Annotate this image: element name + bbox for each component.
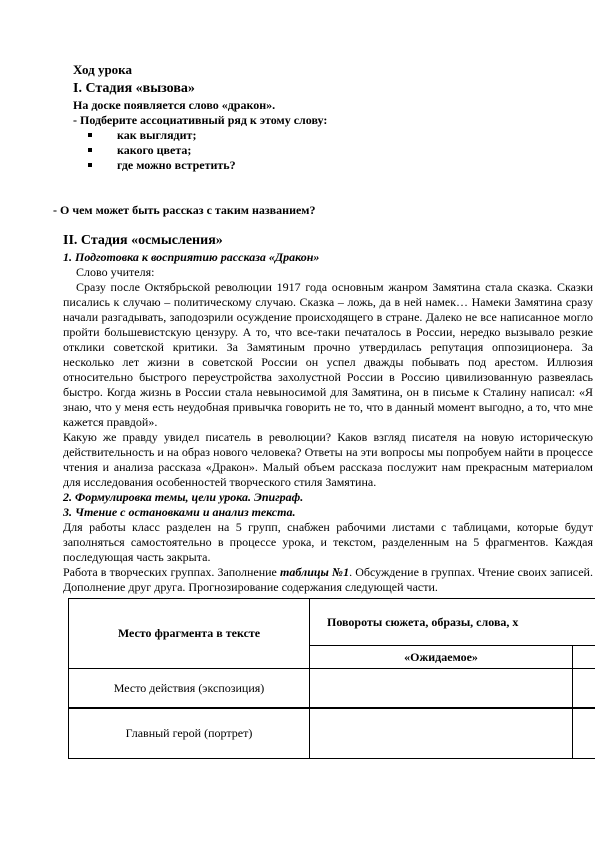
bullet-item: где можно встретить? bbox=[88, 158, 593, 173]
step3-heading: 3. Чтение с остановками и анализ текста. bbox=[63, 505, 593, 520]
board-line: На доске появляется слово «дракон». bbox=[73, 98, 593, 113]
lesson-course-heading: Ход урока bbox=[73, 61, 593, 79]
paragraph-group-setup: Для работы класс разделен на 5 групп, сн… bbox=[63, 520, 593, 565]
bullet-item-label: какого цвета; bbox=[117, 143, 191, 158]
bullet-item: как выглядит; bbox=[88, 128, 593, 143]
square-bullet-icon bbox=[88, 163, 92, 167]
intro-section: Ход урока I. Стадия «вызова» На доске по… bbox=[73, 61, 593, 173]
document-content: Ход урока I. Стадия «вызова» На доске по… bbox=[63, 61, 593, 595]
table-row-label-hero: Главный герой (портрет) bbox=[69, 709, 310, 758]
paragraph-zamyatin-intro: Сразу после Октябрьской революции 1917 г… bbox=[63, 280, 593, 430]
step1-heading: 1. Подготовка к восприятию рассказа «Дра… bbox=[63, 250, 593, 265]
text-segment: Работа в творческих группах. Заполнение bbox=[63, 565, 280, 579]
bullet-item-label: где можно встретить? bbox=[117, 158, 236, 173]
table-header-fragment-place: Место фрагмента в тексте bbox=[69, 599, 310, 669]
bullet-item-label: как выглядит; bbox=[117, 128, 196, 143]
table-subheader-expected: «Ожидаемое» bbox=[310, 646, 573, 669]
bullet-item: какого цвета; bbox=[88, 143, 593, 158]
table-subheader-cutoff bbox=[573, 646, 595, 669]
table-row-label-setting: Место действия (экспозиция) bbox=[69, 669, 310, 709]
table-cell-empty bbox=[573, 669, 595, 709]
table-cell-empty bbox=[310, 669, 573, 709]
paragraph-questions: Какую же правду увидел писатель в револю… bbox=[63, 430, 593, 490]
table1-reference: таблицы №1 bbox=[280, 565, 349, 579]
paragraph-group-work: Работа в творческих группах. Заполнение … bbox=[63, 565, 593, 595]
title-question-line: - О чем может быть рассказ с таким назва… bbox=[53, 203, 593, 218]
teacher-word-label: Слово учителя: bbox=[76, 265, 593, 280]
stage2-heading: II. Стадия «осмысления» bbox=[63, 231, 593, 250]
analysis-table: Место фрагмента в тексте Повороты сюжета… bbox=[68, 598, 595, 759]
table-header-plot-turns: Повороты сюжета, образы, слова, х bbox=[310, 599, 595, 646]
table-cell-empty bbox=[310, 709, 573, 758]
square-bullet-icon bbox=[88, 148, 92, 152]
association-prompt: - Подберите ассоциативный ряд к этому сл… bbox=[73, 113, 593, 128]
stage1-heading: I. Стадия «вызова» bbox=[73, 79, 593, 98]
square-bullet-icon bbox=[88, 133, 92, 137]
table-cell-empty bbox=[573, 709, 595, 758]
document-page: Ход урока I. Стадия «вызова» На доске по… bbox=[0, 0, 595, 842]
step2-heading: 2. Формулировка темы, цели урока. Эпигра… bbox=[63, 490, 593, 505]
